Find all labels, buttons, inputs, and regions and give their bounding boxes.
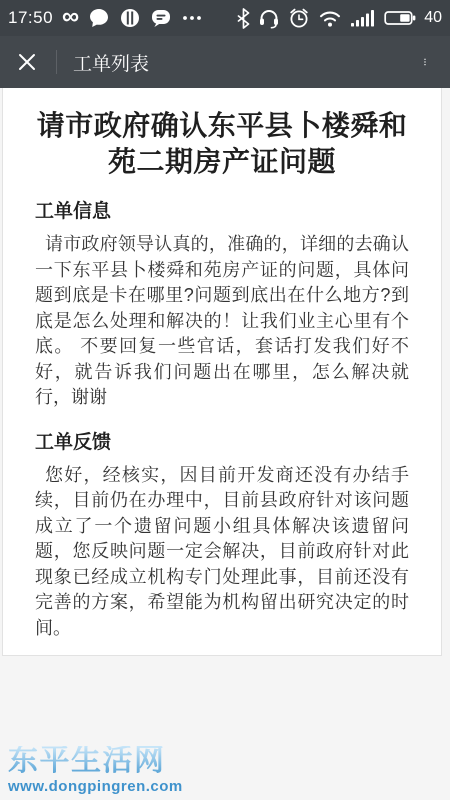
circle-app-icon <box>119 7 141 29</box>
status-bar-right: 40 <box>237 7 442 29</box>
site-logo-text: 东平生活网 <box>8 746 183 776</box>
status-bar: 17:50 ∞ <box>0 0 450 36</box>
battery-icon <box>384 8 416 28</box>
wifi-icon <box>318 8 342 28</box>
battery-percent: 40 <box>424 9 442 27</box>
clock-time: 17:50 <box>8 8 53 28</box>
site-logo-url: www.dongpingren.com <box>8 779 183 794</box>
more-dots-icon <box>181 7 205 29</box>
headset-icon <box>258 7 280 29</box>
work-order-card: 请市政府确认东平县卜楼舜和苑二期房产证问题 工单信息 请市政府领导认真的，准确的… <box>2 88 442 656</box>
close-icon[interactable] <box>16 51 38 73</box>
signal-bars-icon <box>350 8 376 28</box>
bluetooth-icon <box>237 8 250 29</box>
infinity-icon: ∞ <box>62 7 79 27</box>
page-scroll-area[interactable]: 请市政府确认东平县卜楼舜和苑二期房产证问题 工单信息 请市政府领导认真的，准确的… <box>0 88 450 800</box>
chat-bubble-filled-icon <box>88 7 110 29</box>
site-watermark: 东平生活网 www.dongpingren.com <box>8 746 183 794</box>
message-lines-icon <box>150 7 172 29</box>
section-body-info: 请市政府领导认真的，准确的，详细的去确认一下东平县卜楼舜和苑房产证的问题，具体问… <box>35 232 409 411</box>
header-divider <box>56 50 57 74</box>
app-header: 工单列表 <box>0 36 450 88</box>
section-heading-info: 工单信息 <box>35 196 409 223</box>
work-order-title: 请市政府确认东平县卜楼舜和苑二期房产证问题 <box>35 108 409 180</box>
page-title: 工单列表 <box>73 49 149 76</box>
kebab-menu-icon[interactable] <box>416 49 434 75</box>
status-bar-left: 17:50 ∞ <box>8 7 205 29</box>
section-body-feedback: 您好，经核实，因目前开发商还没有办结手续，目前仍在办理中，目前县政府针对该问题成… <box>35 463 409 642</box>
alarm-clock-icon <box>288 7 310 29</box>
section-heading-feedback: 工单反馈 <box>35 427 409 454</box>
